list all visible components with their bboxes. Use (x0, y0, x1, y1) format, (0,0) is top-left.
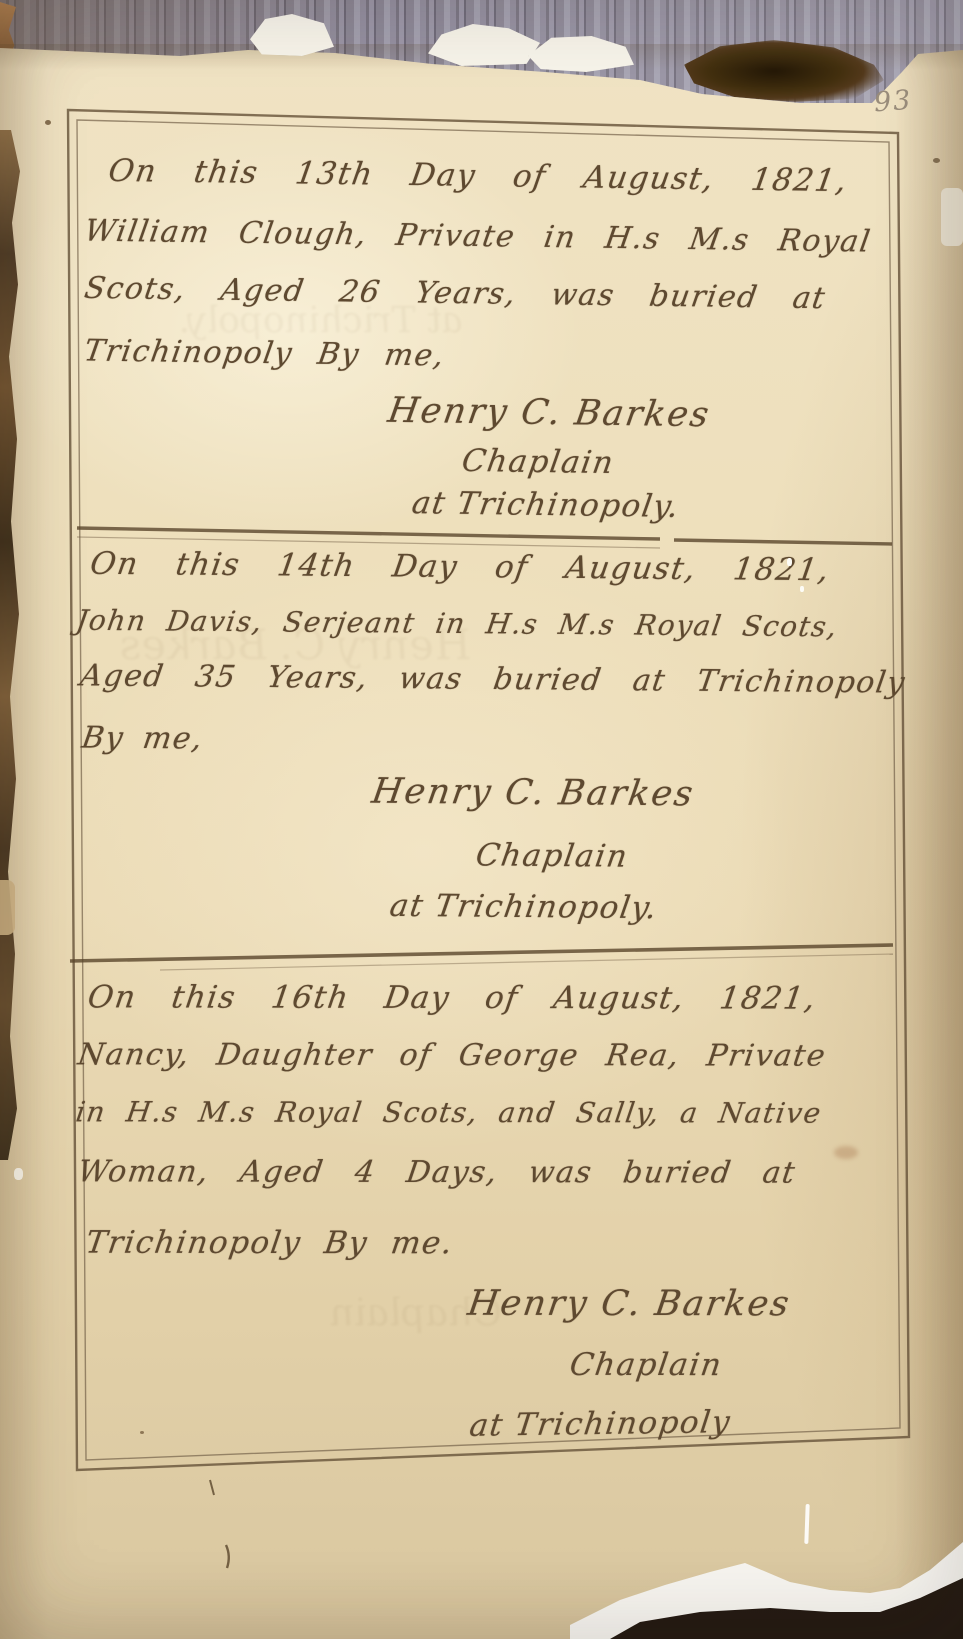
entry3-line: Woman, Aged 4 Days, was buried at (76, 1154, 799, 1190)
paper-fleck (800, 586, 804, 592)
entry1-signature-role: Chaplain (459, 443, 617, 481)
entry3-signature-role: Chaplain (567, 1347, 724, 1383)
entry3-line: in H.s M.s Royal Scots, and Sally, a Nat… (74, 1095, 824, 1129)
entry2-line: John Davis, Serjeant in H.s M.s Royal Sc… (74, 604, 840, 644)
entry2-line: On this 14th Day of August, 1821, (88, 546, 833, 588)
entry2-signature: Henry C. Barkes (369, 772, 697, 815)
stain (834, 1146, 858, 1159)
section-divider-1 (77, 528, 892, 544)
photo-of-burial-register-page: Henry C. Barkes Chaplain at Trichinopoly… (0, 0, 963, 1639)
entry3-signature-place: at Trichinopoly (467, 1404, 733, 1444)
entry2-signature-place: at Trichinopoly. (387, 888, 660, 926)
stray-pen-stroke (226, 1545, 229, 1568)
section-divider-2 (70, 945, 893, 961)
entry3-line: Nancy, Daughter of George Rea, Private (76, 1037, 829, 1073)
page-number: 93 (873, 85, 913, 119)
ink-speck (45, 120, 51, 125)
entry1-signature-place: at Trichinopoly. (409, 485, 682, 525)
entry3-line: Trichinopoly By me. (83, 1225, 455, 1262)
entry3-line: On this 16th Day of August, 1821, (86, 979, 819, 1016)
entry2-line: Aged 35 Years, was buried at Trichinopol… (78, 658, 908, 700)
entry2-line: By me, (79, 720, 205, 756)
paper-fleck (14, 1168, 23, 1180)
entry1-signature: Henry C. Barkes (385, 391, 713, 435)
ink-speck (140, 1431, 144, 1434)
entry2-signature-role: Chaplain (473, 837, 630, 874)
entry1-line: Trichinopoly By me, (82, 333, 448, 373)
entry3-signature: Henry C. Barkes (465, 1284, 793, 1325)
paper-fleck (787, 558, 792, 566)
stray-pen-stroke (210, 1480, 214, 1495)
ink-speck (933, 158, 940, 163)
